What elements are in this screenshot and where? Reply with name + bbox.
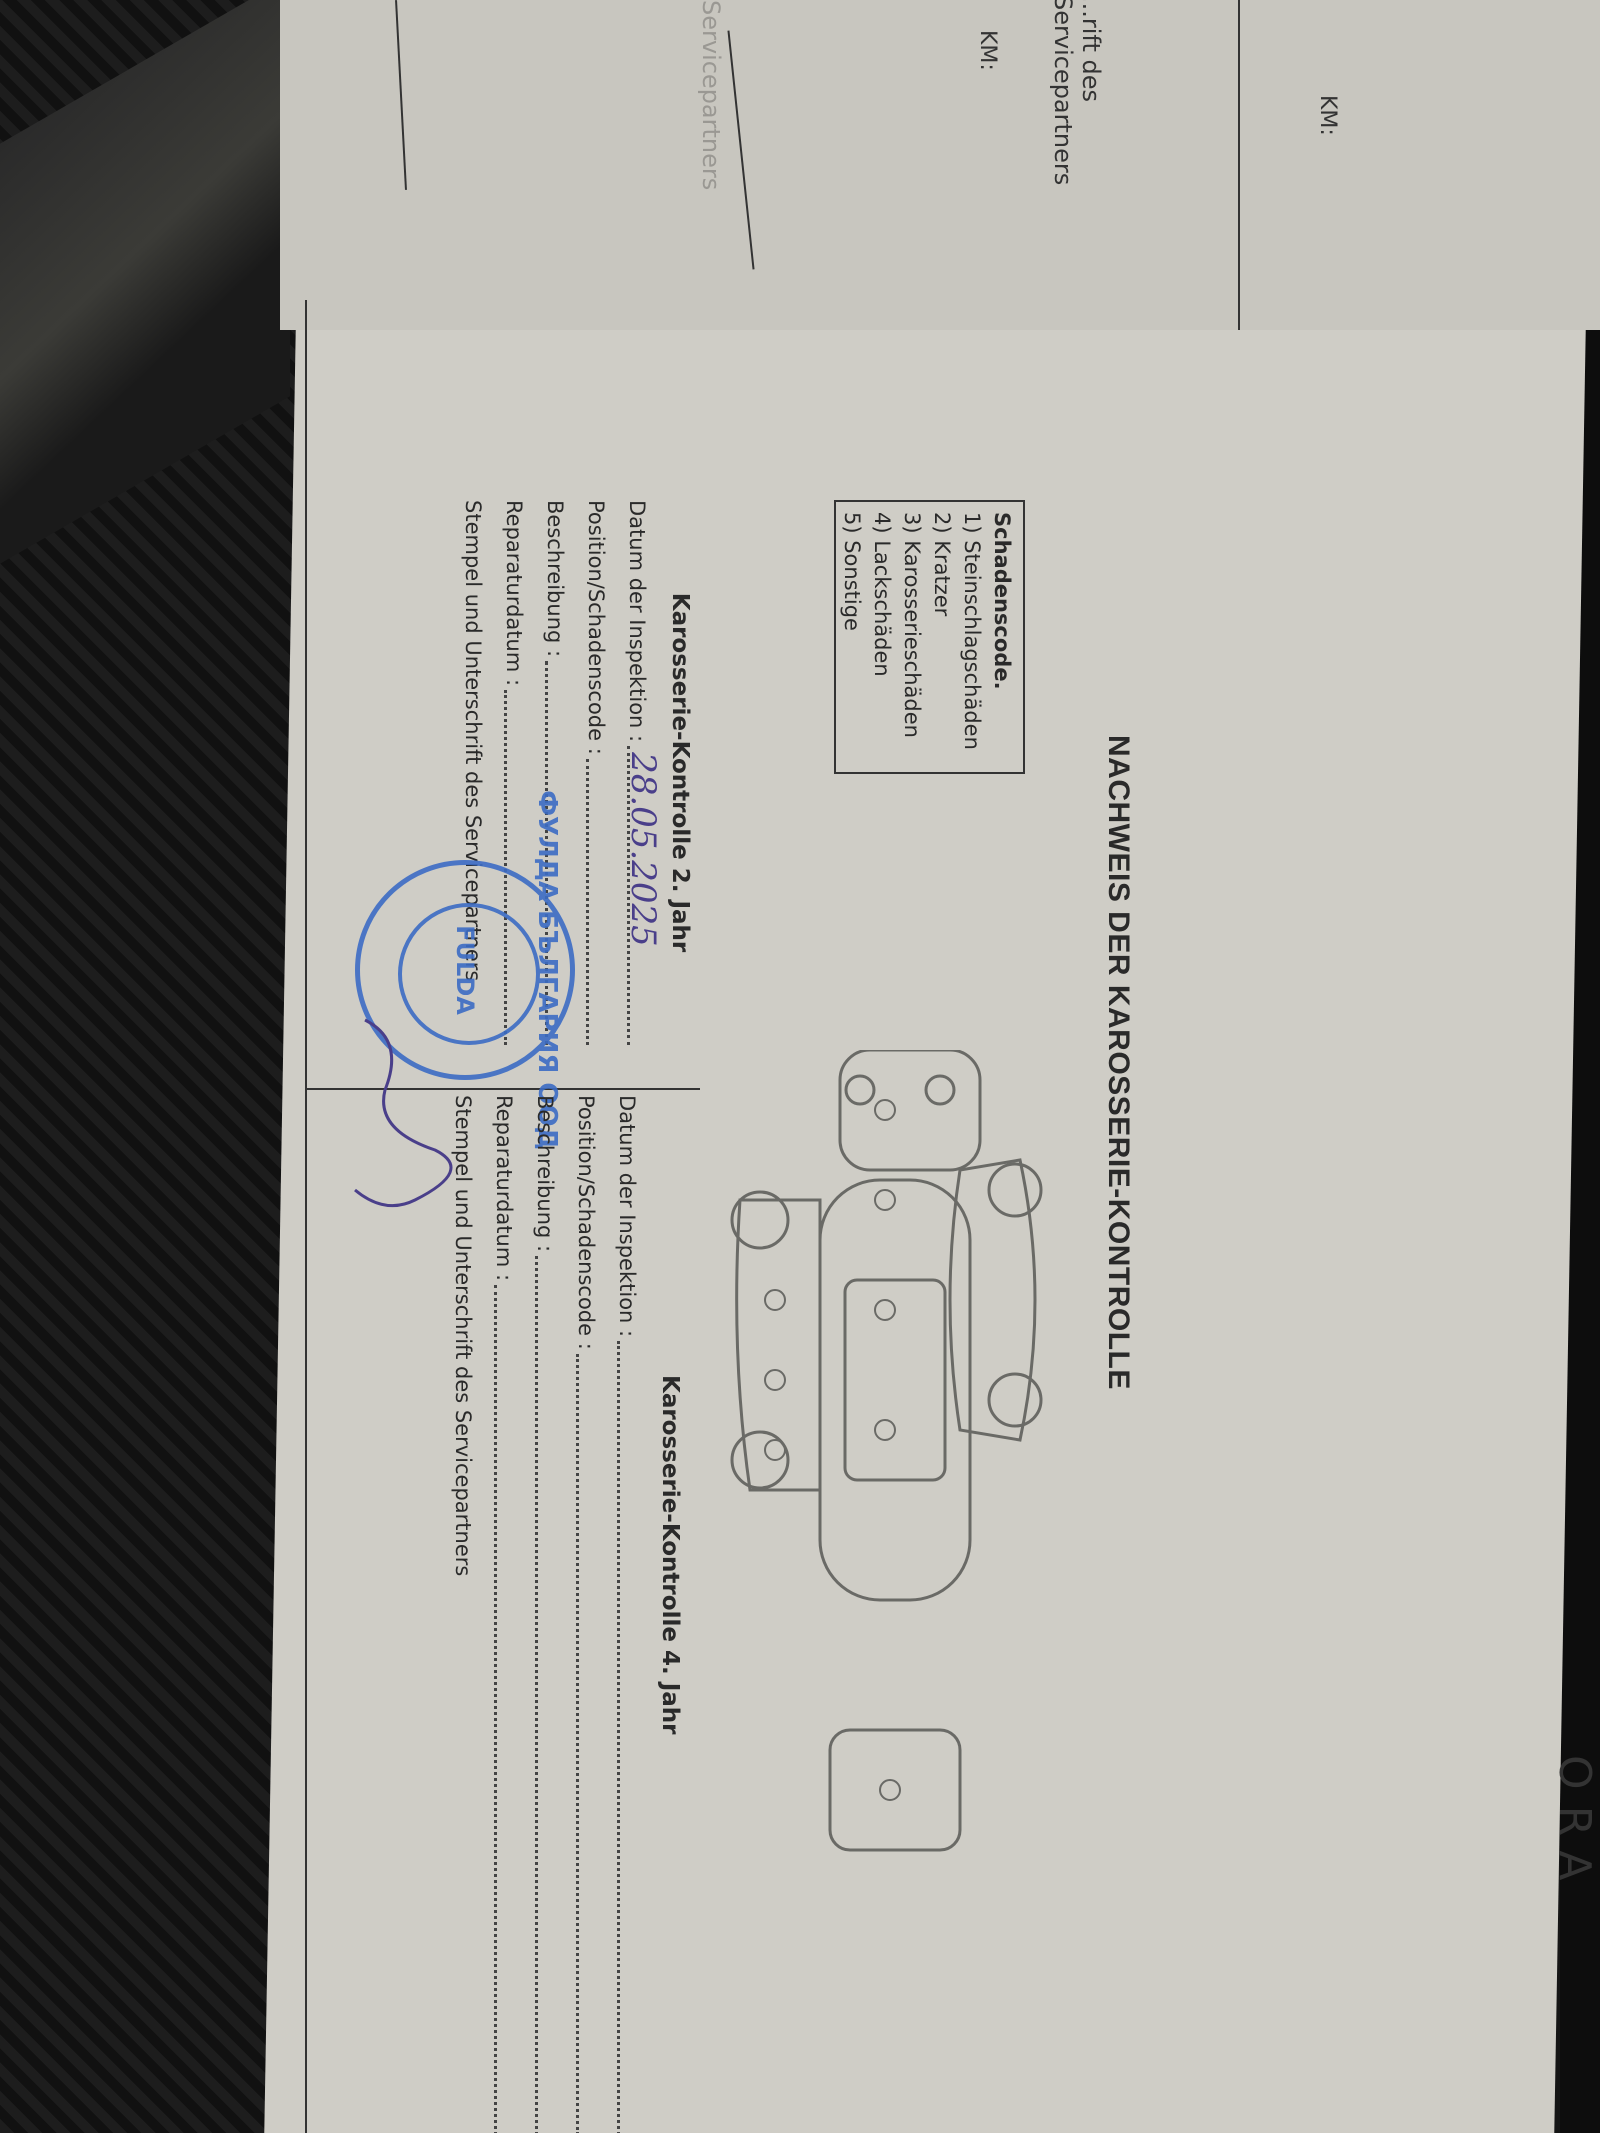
- damage-code-item: 1) Steinschlagschäden: [957, 512, 987, 762]
- damage-code-legend: Schadenscode. 1) Steinschlagschäden 2) K…: [834, 500, 1025, 774]
- km-label: KM:: [975, 30, 1000, 71]
- field-repair-date[interactable]: Reparaturdatum :: [483, 1095, 524, 2133]
- field-label: Reparaturdatum :: [493, 500, 534, 686]
- field-label: Beschreibung :: [534, 500, 575, 657]
- inspection-heading: Karosserie-Kontrolle 2. Jahr: [659, 500, 700, 1045]
- field-description[interactable]: Beschreibung :: [524, 1095, 565, 2133]
- brand-logo: ORA: [1549, 1755, 1600, 1897]
- field-label: Beschreibung :: [524, 1095, 565, 1252]
- field-label: Datum der Inspektion :: [616, 500, 657, 742]
- field-label: Position/Schadenscode :: [565, 1095, 606, 1350]
- field-label: Reparaturdatum :: [483, 1095, 524, 1281]
- damage-code-item: 4) Lackschäden: [867, 512, 897, 762]
- field-label: Position/Schadenscode :: [575, 500, 616, 755]
- signature-label: Stempel und Unterschrift des Servicepart…: [442, 1095, 483, 2133]
- field-position-code[interactable]: Position/Schadenscode :: [565, 1095, 606, 2133]
- damage-code-item: 2) Kratzer: [927, 512, 957, 762]
- inspection-heading: Karosserie-Kontrolle 4. Jahr: [649, 1095, 690, 2133]
- field-inspection-date[interactable]: Datum der Inspektion : 28.05.2025: [616, 500, 657, 1045]
- inspection-form-year-4: Karosserie-Kontrolle 4. Jahr Datum der I…: [442, 1095, 690, 2133]
- field-label: Datum der Inspektion :: [606, 1095, 647, 1337]
- field-position-code[interactable]: Position/Schadenscode :: [575, 500, 616, 1045]
- previous-page: KM: KM: ...rift des Servicepartners Serv…: [280, 0, 1600, 330]
- signature-label: ...rift des Servicepartners: [1049, 0, 1105, 185]
- signature-label: Servicepartners: [697, 0, 725, 190]
- handwritten-date: 28.05.2025: [622, 752, 663, 947]
- damage-code-item: 5) Sonstige: [837, 512, 867, 762]
- km-label: KM:: [1315, 95, 1340, 136]
- car-side-view-diagram: [930, 1150, 1060, 1450]
- field-inspection-date[interactable]: Datum der Inspektion :: [606, 1095, 647, 2133]
- damage-code-heading: Schadenscode.: [987, 512, 1017, 762]
- damage-code-item: 3) Karosserieschäden: [897, 512, 927, 762]
- page-title: NACHWEIS DER KAROSSERIE-KONTROLLE: [1101, 735, 1135, 1390]
